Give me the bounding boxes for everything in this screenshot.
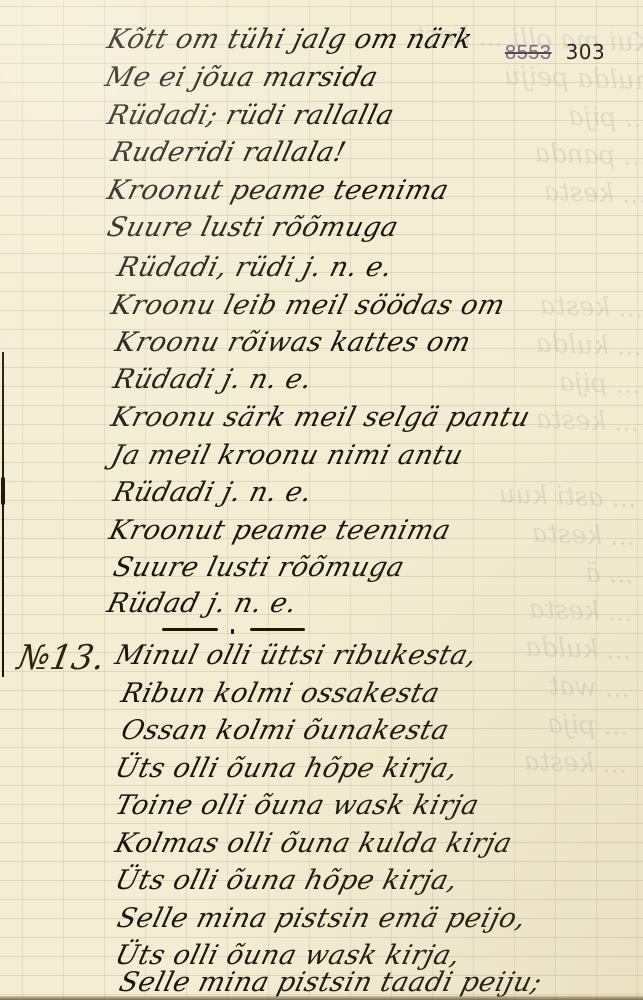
verse-line: Üts olli õuna hõpe kirja, (112, 753, 461, 784)
catalog-number-struck: 8553 (505, 42, 552, 64)
catalog-number: 8553 303 (505, 40, 605, 65)
verse-line: Minul olli üttsi ribukesta, (112, 640, 480, 671)
verse-line: Suure lusti rõõmuga (104, 212, 402, 243)
manuscript-page: Kui ma olli ... kesta hulda peiju ... pi… (0, 0, 643, 1000)
margin-rule (2, 352, 4, 677)
catalog-number-current: 303 (566, 40, 606, 64)
page-edge (0, 996, 643, 1000)
verse-line: Kõtt om tühi jalg om närk (104, 24, 476, 55)
verse-line: Üts olli õuna hõpe kirja, (112, 865, 461, 896)
song-number: №13. (14, 638, 107, 678)
verse-line: Ossan kolmi õunakesta (118, 715, 452, 746)
verse-line: Selle mina pistsin taadi peiju; (116, 967, 545, 998)
verse-line: Kolmas olli õuna kulda kirja (112, 828, 515, 859)
verse-line: Toine olli õuna wask kirja (112, 790, 482, 821)
verse-line: Suure lusti rõõmuga (110, 552, 408, 583)
verse-line: Rüdadi, rüdi j. n. e. (114, 252, 396, 283)
verse-line: Ruderidi rallala! (108, 137, 349, 168)
verse-line: Kroonut peame teenima (104, 175, 452, 206)
verse-line: Me ei jõua marsida (102, 62, 381, 93)
section-divider-dot (231, 629, 234, 634)
verse-line: Kroonu leib meil söödas om (108, 290, 508, 321)
section-divider (250, 628, 305, 631)
verse-line: Rüdadi j. n. e. (110, 364, 315, 395)
verse-line: Kroonu särk meil selgä pantu (108, 402, 533, 433)
section-divider (162, 628, 218, 631)
verse-line: Kroonut peame teenima (106, 515, 454, 546)
verse-line: Rüdadi; rüdi rallalla (104, 100, 397, 131)
verse-line: Rüdad j. n. e. (104, 588, 300, 619)
verse-line: Ja meil kroonu nimi antu (108, 440, 466, 471)
verse-line: Ribun kolmi ossakesta (118, 678, 443, 709)
verse-line: Kroonu rõiwas kattes om (112, 327, 474, 358)
verse-line: Rüdadi j. n. e. (110, 477, 315, 508)
verse-line: Selle mina pistsin emä peijo, (114, 903, 529, 934)
